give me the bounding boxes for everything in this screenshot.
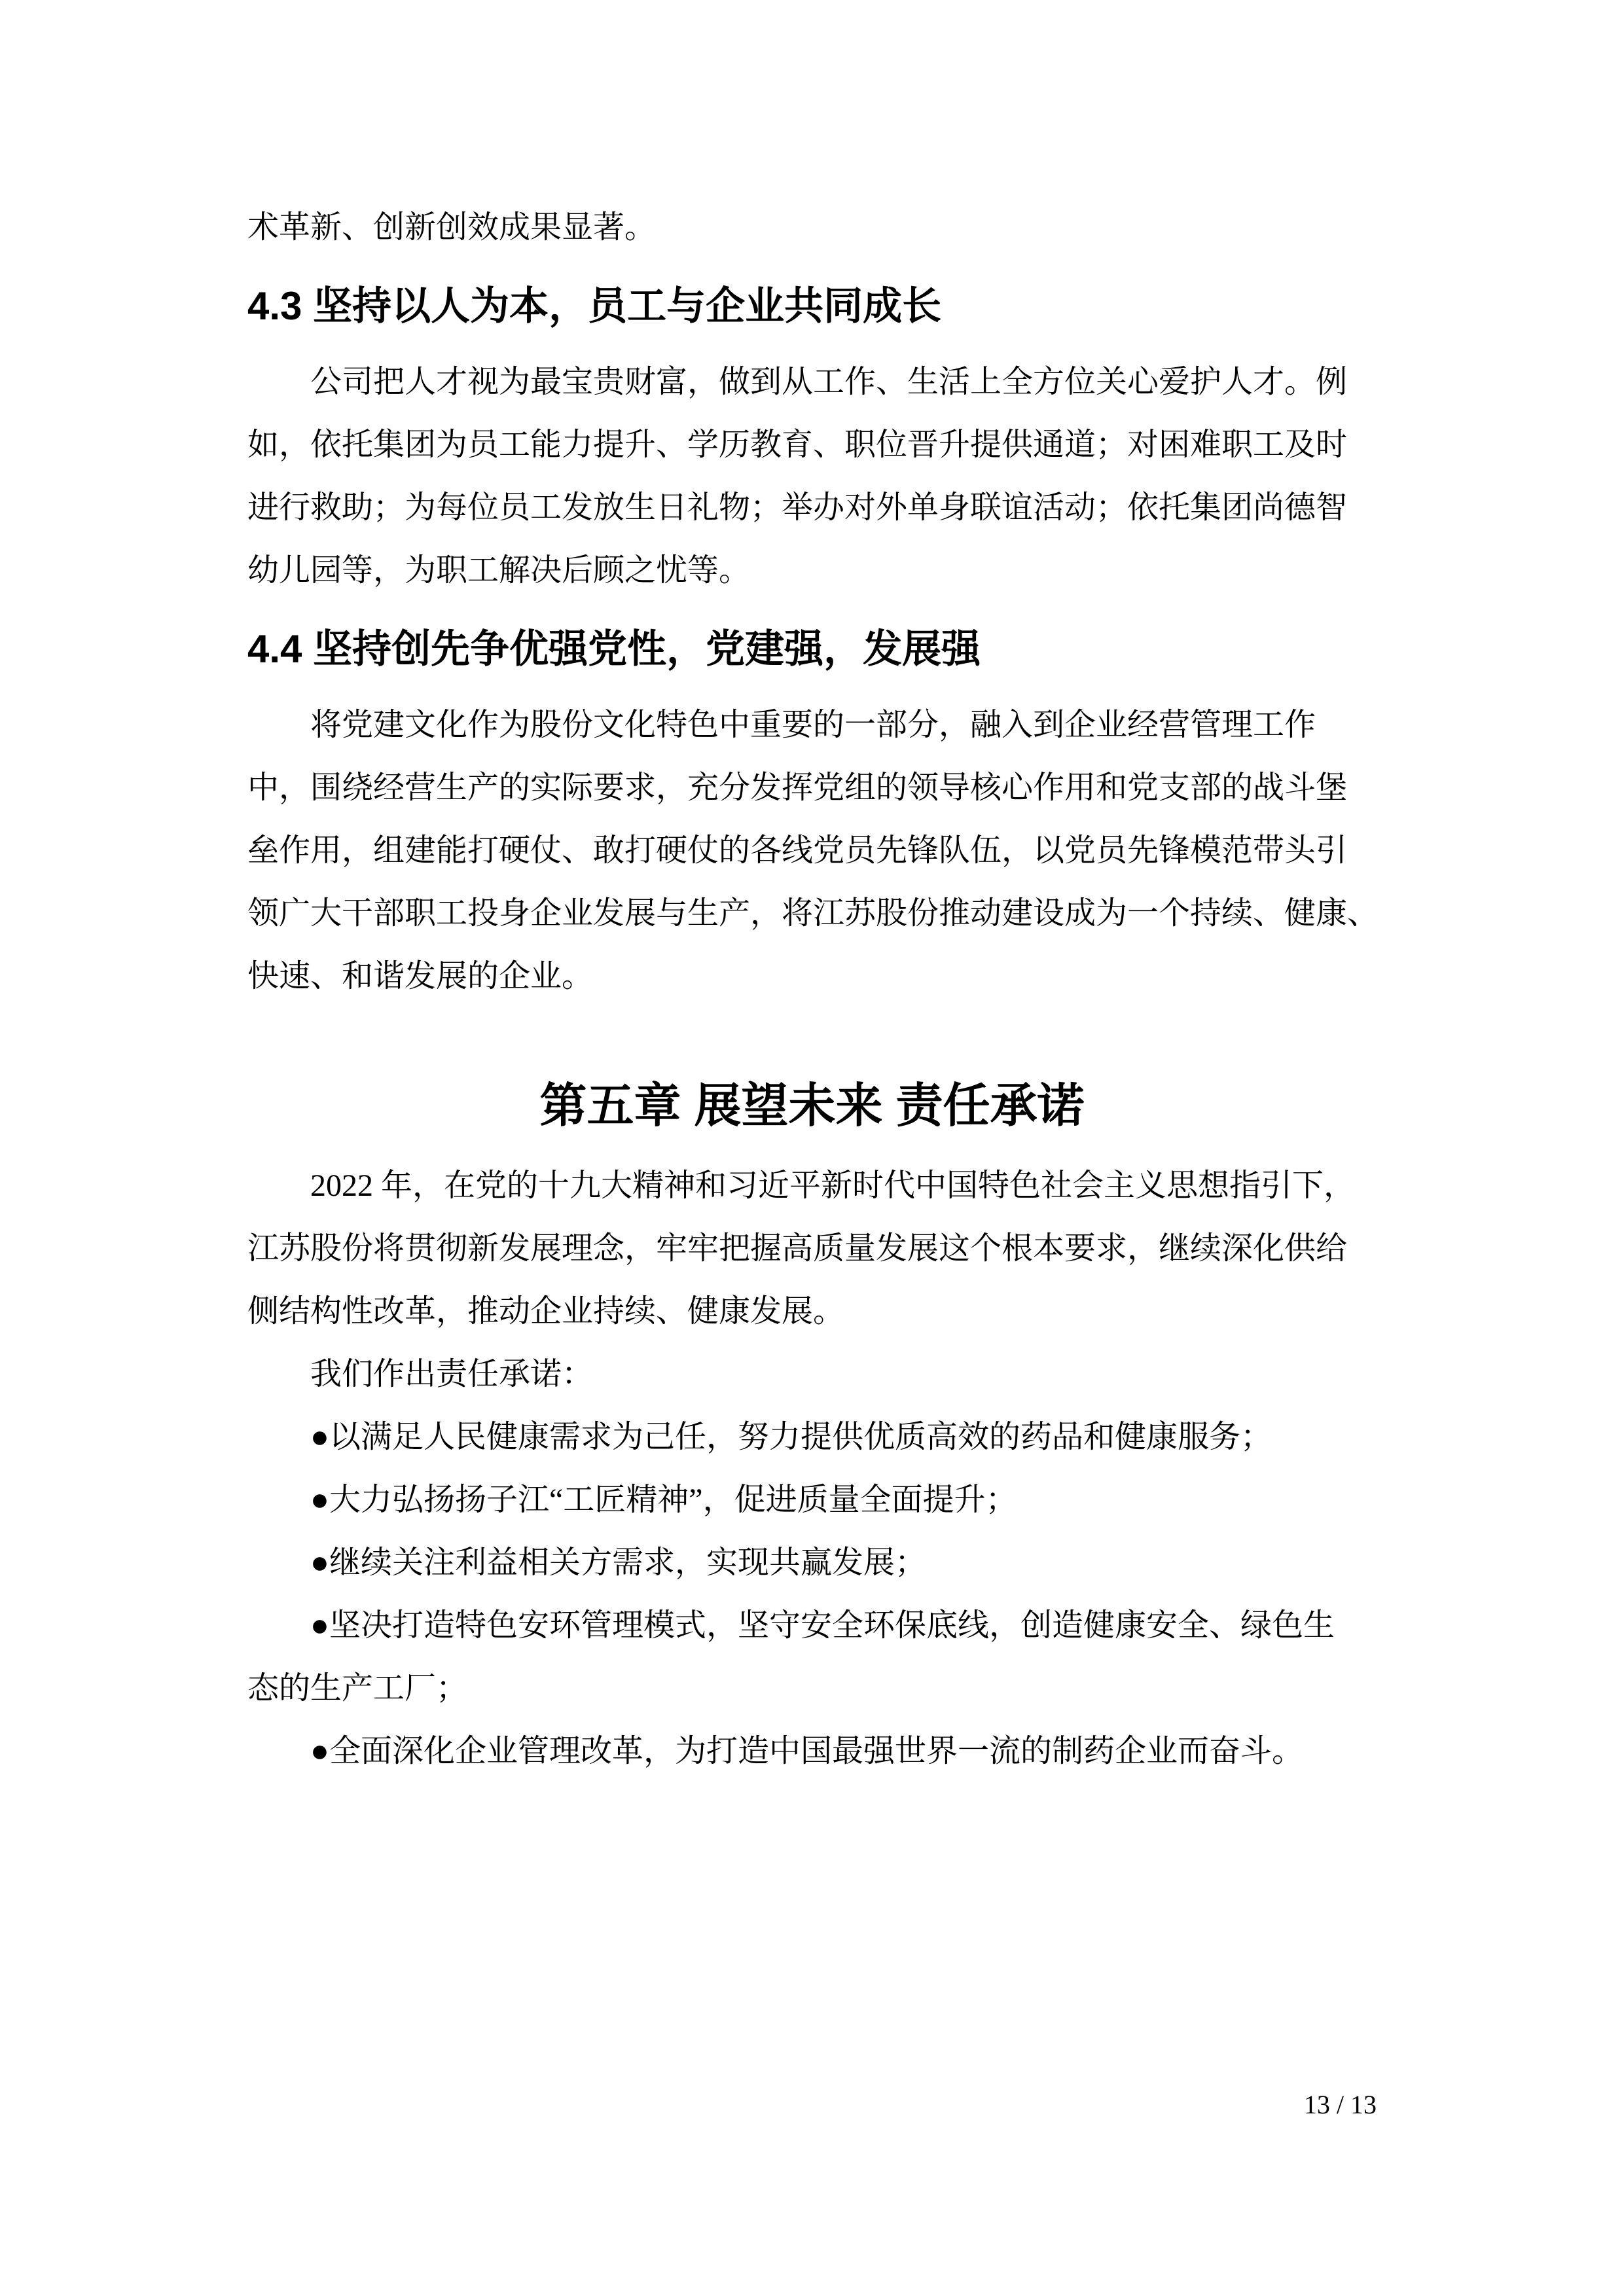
section-4-4-heading: 4.4 坚持创先争优强党性，党建强，发展强 [247,627,1377,672]
document-content: 术革新、创新创效成果显著。 4.3 坚持以人为本，员工与企业共同成长 公司把人才… [0,0,1624,1783]
section-4-3-paragraph-line: 幼儿园等，为职工解决后顾之忧等。 [247,539,1377,602]
section-4-4-paragraph-line: 中，围绕经营生产的实际要求，充分发挥党组的领导核心作用和党支部的战斗堡 [247,757,1377,819]
commitment-bullet-line: ●坚决打造特色安环管理模式，坚守安全环保底线，创造健康安全、绿色生 [247,1594,1377,1657]
continuation-line: 术革新、创新创效成果显著。 [247,196,1377,259]
commitment-bullet-line: ●大力弘扬扬子江“工匠精神”，促进质量全面提升； [247,1469,1377,1532]
chapter-5-intro-line: 侧结构性改革，推动企业持续、健康发展。 [247,1280,1377,1343]
commitment-bullet-wrap-line: 态的生产工厂； [247,1657,1377,1720]
section-4-3-paragraph-line: 如，依托集团为员工能力提升、学历教育、职位晋升提供通道；对困难职工及时 [247,414,1377,476]
commitment-intro-line: 我们作出责任承诺： [247,1343,1377,1406]
section-4-3-paragraph-line: 公司把人才视为最宝贵财富，做到从工作、生活上全方位关心爱护人才。例 [247,351,1377,414]
section-4-4-paragraph-line: 领广大干部职工投身企业发展与生产，将江苏股份推动建设成为一个持续、健康、 [247,882,1377,945]
chapter-5-title: 第五章 展望未来 责任承诺 [247,1077,1377,1135]
document-page: 术革新、创新创效成果显著。 4.3 坚持以人为本，员工与企业共同成长 公司把人才… [0,0,1624,2296]
section-4-4-paragraph-line: 将党建文化作为股份文化特色中重要的一部分，融入到企业经营管理工作 [247,694,1377,757]
page-number: 13 / 13 [1304,2090,1377,2119]
chapter-5-intro-line: 2022 年，在党的十九大精神和习近平新时代中国特色社会主义思想指引下， [247,1155,1377,1217]
section-4-3-paragraph-line: 进行救助；为每位员工发放生日礼物；举办对外单身联谊活动；依托集团尚德智 [247,476,1377,539]
commitment-bullet-line: ●以满足人民健康需求为己任，努力提供优质高效的药品和健康服务； [247,1406,1377,1469]
section-4-4-paragraph-line: 垒作用，组建能打硬仗、敢打硬仗的各线党员先锋队伍，以党员先锋模范带头引 [247,819,1377,882]
commitment-bullet-line: ●继续关注利益相关方需求，实现共赢发展； [247,1532,1377,1594]
page-footer: 13 / 13 [247,2089,1377,2121]
chapter-5-intro-line: 江苏股份将贯彻新发展理念，牢牢把握高质量发展这个根本要求，继续深化供给 [247,1217,1377,1280]
commitment-bullet-line: ●全面深化企业管理改革，为打造中国最强世界一流的制药企业而奋斗。 [247,1720,1377,1783]
section-4-3-heading: 4.3 坚持以人为本，员工与企业共同成长 [247,284,1377,329]
section-4-4-paragraph-line: 快速、和谐发展的企业。 [247,945,1377,1008]
